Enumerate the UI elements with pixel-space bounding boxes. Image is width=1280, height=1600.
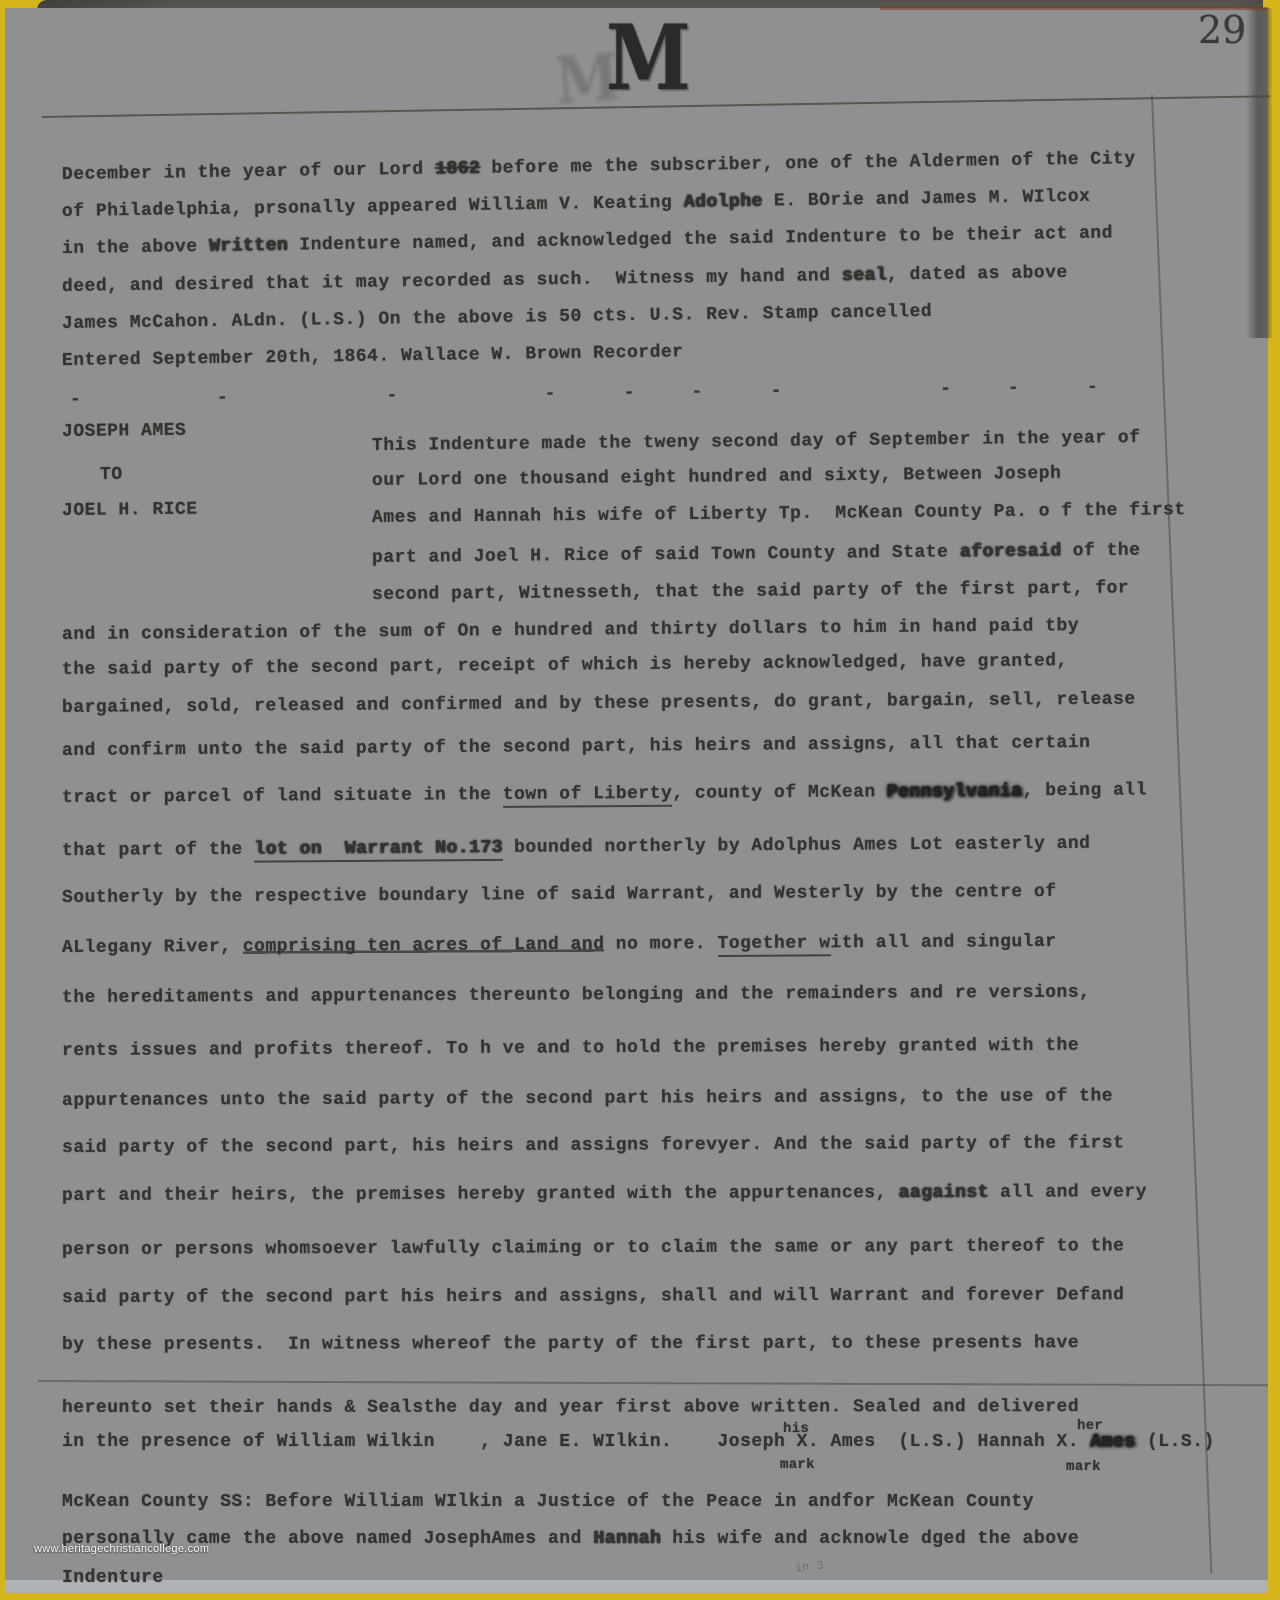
watermark: www.heritagechristiancollege.com: [34, 1543, 209, 1555]
text-line: second part, Witnesseth, that the said p…: [372, 578, 1129, 605]
text-line: and confirm unto the said party of the s…: [62, 733, 1091, 761]
text-segment: rents issues and profits thereof. To h v…: [62, 1036, 1079, 1061]
text-segment: Ames and Hannah his wife of Liberty Tp. …: [372, 500, 1186, 528]
text-segment: Ames: [1090, 1432, 1135, 1452]
text-segment: deed, and desired that it may recorded a…: [62, 266, 842, 297]
text-segment: hereunto set their hands & Sealsthe day …: [62, 1397, 1079, 1418]
text-segment: Written: [209, 236, 288, 257]
text-segment: mark: [780, 1457, 815, 1473]
text-line: person or persons whomsoever lawfully cl…: [62, 1236, 1124, 1260]
text-line: Ames and Hannah his wife of Liberty Tp. …: [372, 500, 1186, 528]
text-line: our Lord one thousand eight hundred and …: [372, 464, 1062, 491]
text-segment: no more.: [604, 934, 717, 955]
text-segment: , dated as above: [887, 263, 1068, 286]
text-line: Entered September 20th, 1864. Wallace W.…: [62, 342, 684, 371]
text-line: TO: [100, 465, 123, 485]
text-segment: 1862: [435, 159, 481, 180]
text-line: appurtenances unto the said party of the…: [62, 1086, 1113, 1111]
text-line: JOEL H. RICE: [62, 500, 198, 521]
text-segment: and confirm unto the said party of the s…: [62, 733, 1091, 761]
text-segment: said party of the second part his heirs …: [62, 1285, 1124, 1308]
text-segment: and in consideration of the sum of On e …: [62, 616, 1079, 645]
text-segment: December in the year of our Lord: [62, 159, 435, 185]
text-segment: part and Joel H. Rice of said Town Count…: [372, 542, 960, 568]
scanned-deed-photo: { "page": { "number": "29", "monogram": …: [0, 0, 1280, 1600]
text-segment: McKean County SS: Before William WIlkin …: [62, 1492, 1034, 1512]
text-segment: This Indenture made the tweny second day…: [372, 428, 1141, 456]
text-line: mark: [780, 1455, 815, 1475]
text-segment: , being all: [1023, 780, 1147, 801]
text-segment: mark: [1066, 1459, 1101, 1475]
text-segment: JOSEPH AMES: [62, 421, 187, 442]
text-segment: that part of the: [62, 840, 254, 861]
text-segment: Hannah: [593, 1529, 661, 1549]
text-segment: Together w: [717, 933, 830, 957]
text-segment: said party of the second part, his heirs…: [62, 1133, 1124, 1158]
text-line: personally came the above named JosephAm…: [62, 1529, 1079, 1549]
text-segment: aagainst: [898, 1183, 988, 1203]
text-segment: in the presence of William Wilkin , Jane…: [62, 1432, 1090, 1452]
text-segment: lot on Warrant No.173: [254, 838, 503, 863]
text-line: that part of the lot on Warrant No.173 b…: [62, 834, 1091, 861]
text-line: Indenture: [62, 1568, 164, 1588]
text-segment: his wife and acknowle dged the above: [661, 1529, 1079, 1549]
text-line: Southerly by the respective boundary lin…: [62, 882, 1057, 908]
text-segment: person or persons whomsoever lawfully cl…: [62, 1236, 1124, 1260]
text-line: of Philadelphia, prsonally appeared Will…: [62, 187, 1091, 222]
text-segment: by these presents. In witness whereof th…: [62, 1333, 1079, 1355]
text-line: tract or parcel of land situate in the t…: [62, 780, 1147, 808]
text-line: part and Joel H. Rice of said Town Count…: [372, 541, 1141, 568]
text-segment: bounded northerly by Adolphus Ames Lot e…: [503, 834, 1091, 858]
text-line: deed, and desired that it may recorded a…: [62, 263, 1068, 297]
text-segment: Entered September 20th, 1864. Wallace W.…: [62, 342, 684, 371]
text-line: the hereditaments and appurtenances ther…: [62, 983, 1091, 1008]
text-segment: the said party of the second part, recei…: [62, 651, 1068, 680]
text-segment: of the: [1061, 541, 1140, 562]
text-segment: E. BOrie and James M. WIlcox: [763, 187, 1091, 212]
document-body: December in the year of our Lord 1862 be…: [0, 0, 1280, 1600]
text-segment: , county of McKean: [672, 782, 887, 803]
text-segment: part and their heirs, the premises hereb…: [62, 1183, 898, 1206]
text-segment: aforesaid: [960, 541, 1062, 562]
text-segment: second part, Witnesseth, that the said p…: [372, 578, 1129, 605]
text-segment: - - - - - - - - - -: [70, 377, 1099, 410]
text-segment: Adolphe: [683, 192, 762, 213]
text-line: rents issues and profits thereof. To h v…: [62, 1036, 1079, 1061]
text-line: This Indenture made the tweny second day…: [372, 428, 1141, 456]
text-segment: our Lord one thousand eight hundred and …: [372, 464, 1062, 491]
text-segment: in the above: [62, 237, 209, 259]
text-line: McKean County SS: Before William WIlkin …: [62, 1492, 1034, 1512]
text-line: ALlegany River, comprising ten acres of …: [62, 932, 1057, 958]
text-segment: comprising ten acres of Land and: [243, 935, 605, 957]
text-segment: JOEL H. RICE: [62, 500, 198, 521]
text-segment: TO: [100, 465, 123, 485]
text-line: December in the year of our Lord 1862 be…: [62, 149, 1136, 185]
text-line: by these presents. In witness whereof th…: [62, 1333, 1079, 1355]
page-number: 29: [1198, 8, 1246, 52]
text-line: and in consideration of the sum of On e …: [62, 616, 1079, 645]
text-segment: Southerly by the respective boundary lin…: [62, 882, 1057, 908]
text-segment: Pennsylvania: [887, 781, 1023, 802]
text-line: James McCahon. ALdn. (L.S.) On the above…: [62, 302, 932, 334]
text-segment: James McCahon. ALdn. (L.S.) On the above…: [62, 302, 932, 334]
text-segment: seal: [842, 265, 887, 286]
text-line: hereunto set their hands & Sealsthe day …: [62, 1397, 1079, 1418]
text-segment: appurtenances unto the said party of the…: [62, 1086, 1113, 1111]
text-segment: ith all and singular: [830, 932, 1056, 953]
text-segment: the hereditaments and appurtenances ther…: [62, 983, 1091, 1008]
text-segment: town of Liberty: [503, 784, 673, 808]
text-line: in the above Written Indenture named, an…: [62, 223, 1113, 259]
pencil-mark: in 3: [794, 1559, 824, 1576]
text-segment: Indenture: [62, 1568, 164, 1588]
text-line: said party of the second part, his heirs…: [62, 1133, 1124, 1158]
text-line: the said party of the second part, recei…: [62, 651, 1068, 680]
text-line: bargained, sold, released and confirmed …: [62, 690, 1136, 718]
text-line: part and their heirs, the premises hereb…: [62, 1182, 1147, 1206]
text-line: said party of the second part his heirs …: [62, 1285, 1124, 1308]
text-segment: bargained, sold, released and confirmed …: [62, 690, 1136, 718]
text-segment: Indenture named, and acknowledged the sa…: [288, 223, 1113, 255]
text-segment: ALlegany River,: [62, 937, 243, 958]
text-segment: (L.S.): [1136, 1432, 1215, 1452]
text-segment: all and every: [989, 1182, 1147, 1203]
text-line: - - - - - - - - - -: [70, 377, 1099, 410]
text-segment: before me the subscriber, one of the Ald…: [480, 149, 1136, 179]
text-segment: of Philadelphia, prsonally appeared Will…: [62, 193, 684, 222]
text-segment: tract or parcel of land situate in the: [62, 785, 503, 808]
text-line: mark: [1066, 1457, 1101, 1477]
text-line: JOSEPH AMES: [62, 421, 187, 442]
text-line: in the presence of William Wilkin , Jane…: [62, 1432, 1215, 1452]
